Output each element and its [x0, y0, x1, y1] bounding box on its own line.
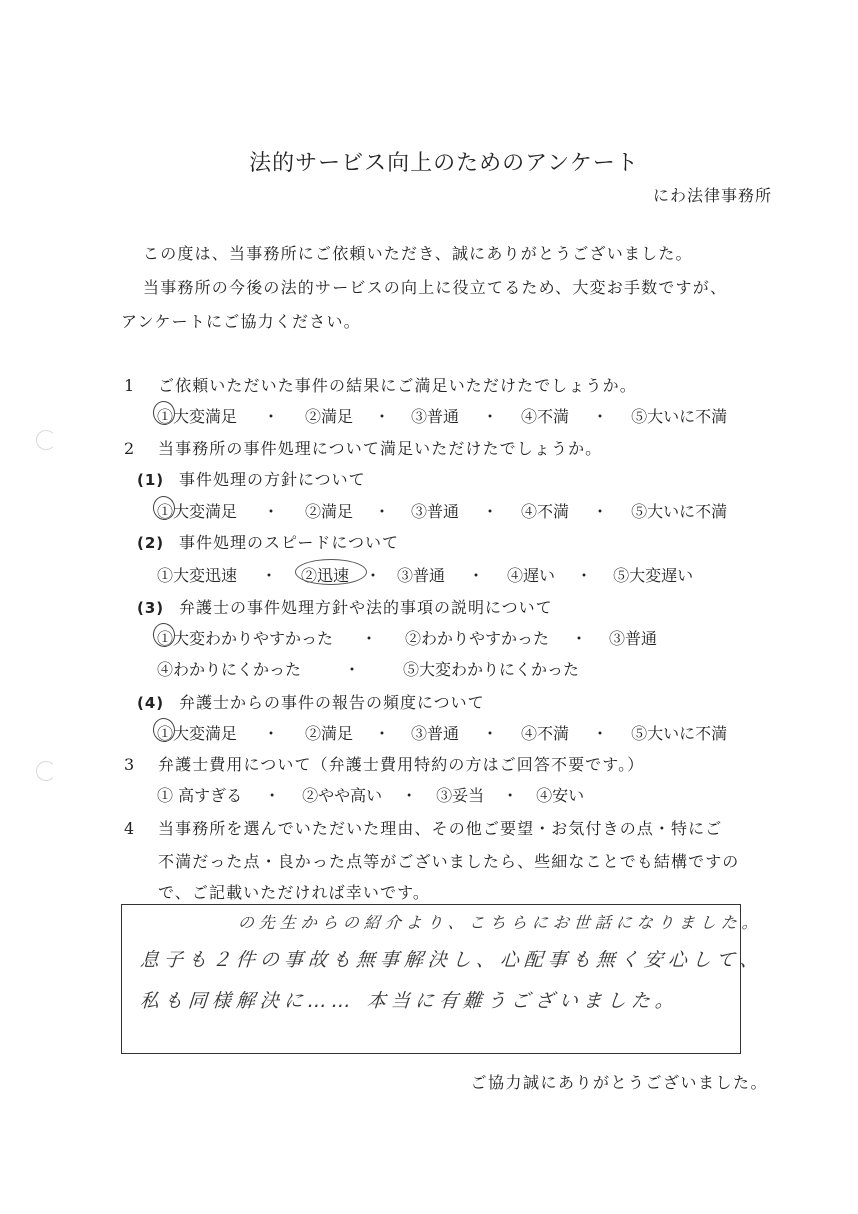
option-2[interactable]: ②わかりやすかった [405, 626, 549, 649]
comment-line-3: 私も同様解決に…… 本当に有難うございました。 [139, 986, 680, 1013]
question-text-line-1: 当事務所を選んでいただいた理由、その他ご要望・お気付きの点・特にご [158, 819, 722, 838]
separator: ・ [237, 499, 305, 522]
question-2-1-options: ①大変満足 ・ ②満足 ・ ③普通 ・ ④不満 ・ ⑤大いに不満 [157, 499, 727, 522]
option-1[interactable]: ①大変満足 [157, 721, 237, 744]
thank-you-note: ご協力誠にありがとうございました。 [470, 1070, 768, 1093]
separator: ・ [555, 563, 613, 586]
question-2-4-options: ①大変満足 ・ ②満足 ・ ③普通 ・ ④不満 ・ ⑤大いに不満 [157, 721, 727, 744]
question-text: 当事務所の事件処理について満足いただけたでしょうか。 [158, 439, 602, 458]
question-4-line-2: 不満だった点・良かった点等がございましたら、些細なことでも結構ですの [158, 849, 739, 872]
sub-text: 事件処理の方針について [179, 470, 366, 489]
option-4[interactable]: ④遅い [507, 563, 555, 586]
option-4[interactable]: ④わかりにくかった [157, 657, 301, 680]
sub-number: (4) [137, 694, 179, 712]
question-1-options: ①大変満足 ・ ②満足 ・ ③普通 ・ ④不満 ・ ⑤大いに不満 [157, 404, 727, 427]
option-2[interactable]: ②満足 [305, 721, 353, 744]
option-1[interactable]: ① 高すぎる [157, 783, 242, 806]
option-4[interactable]: ④安い [536, 783, 584, 806]
sub-number: (2) [137, 534, 179, 552]
option-5[interactable]: ⑤大いに不満 [631, 404, 727, 427]
question-number: 1 [124, 376, 158, 395]
option-5[interactable]: ⑤大変わかりにくかった [403, 657, 579, 680]
question-1: 1ご依頼いただいた事件の結果にご満足いただけたでしょうか。 [124, 373, 637, 396]
option-5[interactable]: ⑤大いに不満 [631, 499, 727, 522]
option-3[interactable]: ③普通 [411, 721, 459, 744]
comment-line-1: の先生からの紹介より、こちらにお世話になりました。 [237, 910, 764, 933]
separator: ・ [237, 404, 305, 427]
separator: ・ [569, 721, 631, 744]
sub-text: 弁護士の事件処理方針や法的事項の説明について [179, 598, 553, 617]
option-4[interactable]: ④不満 [521, 404, 569, 427]
separator: ・ [353, 721, 411, 744]
separator: ・ [569, 404, 631, 427]
comment-line-2: 息子も２件の事故も無事解決し、心配事も無く安心して、 [139, 945, 765, 972]
option-3[interactable]: ③普通 [609, 626, 657, 649]
page-title: 法的サービス向上のためのアンケート [0, 146, 858, 177]
option-1[interactable]: ①大変満足 [157, 404, 237, 427]
separator: ・ [569, 499, 631, 522]
question-3: 3弁護士費用について（弁護士費用特約の方はご回答不要です。） [124, 752, 644, 775]
question-3-options: ① 高すぎる ・ ②やや高い ・ ③妥当 ・ ④安い [157, 783, 584, 806]
question-2-4: (4)弁護士からの事件の報告の頻度について [137, 690, 485, 713]
separator: ・ [484, 783, 536, 806]
question-number: 2 [124, 439, 158, 458]
option-1[interactable]: ①大変わかりやすかった [157, 626, 333, 649]
separator: ・ [459, 721, 521, 744]
separator: ・ [242, 783, 302, 806]
option-3[interactable]: ③普通 [411, 499, 459, 522]
separator: ・ [459, 404, 521, 427]
sub-number: (1) [137, 471, 179, 489]
sub-number: (3) [137, 599, 179, 617]
question-text: 弁護士費用について（弁護士費用特約の方はご回答不要です。） [158, 755, 644, 774]
intro-line-1: この度は、当事務所にご依頼いただき、誠にありがとうございました。 [143, 241, 693, 264]
option-3[interactable]: ③普通 [411, 404, 459, 427]
question-2-3: (3)弁護士の事件処理方針や法的事項の説明について [137, 595, 553, 618]
separator: ・ [301, 657, 403, 680]
option-3[interactable]: ③妥当 [436, 783, 484, 806]
option-1[interactable]: ①大変満足 [157, 499, 237, 522]
option-1[interactable]: ①大変迅速 [157, 563, 237, 586]
separator: ・ [459, 499, 521, 522]
option-5[interactable]: ⑤大変遅い [613, 563, 693, 586]
option-2[interactable]: ②満足 [305, 404, 353, 427]
question-4: 4当事務所を選んでいただいた理由、その他ご要望・お気付きの点・特にご [124, 816, 722, 839]
option-3[interactable]: ③普通 [397, 563, 445, 586]
separator: ・ [353, 404, 411, 427]
punch-hole-bottom [36, 761, 56, 781]
question-2-2-options: ①大変迅速 ・ ②迅速 ・ ③普通 ・ ④遅い ・ ⑤大変遅い [157, 563, 693, 586]
separator: ・ [353, 499, 411, 522]
option-4[interactable]: ④不満 [521, 721, 569, 744]
intro-line-2: 当事務所の今後の法的サービスの向上に役立てるため、大変お手数ですが、 [143, 275, 727, 298]
option-2[interactable]: ②満足 [305, 499, 353, 522]
sub-text: 弁護士からの事件の報告の頻度について [179, 693, 485, 712]
question-2-3-options-row-2: ④わかりにくかった ・ ⑤大変わかりにくかった [157, 657, 579, 680]
separator: ・ [382, 783, 436, 806]
question-2-3-options-row-1: ①大変わかりやすかった ・ ②わかりやすかった ・ ③普通 [157, 626, 657, 649]
question-number: 4 [124, 819, 158, 838]
question-number: 3 [124, 755, 158, 774]
question-2-1: (1)事件処理の方針について [137, 467, 366, 490]
punch-hole-top [36, 430, 56, 450]
question-4-line-3: で、ご記載いただければ幸いです。 [158, 880, 430, 903]
organization-name: にわ法律事務所 [653, 183, 772, 206]
question-text: ご依頼いただいた事件の結果にご満足いただけたでしょうか。 [158, 376, 637, 395]
separator: ・ [445, 563, 507, 586]
sub-text: 事件処理のスピードについて [179, 533, 399, 552]
selected-oval-mark [295, 559, 367, 585]
question-2: 2当事務所の事件処理について満足いただけたでしょうか。 [124, 436, 602, 459]
option-2[interactable]: ②迅速 [301, 563, 349, 586]
separator: ・ [333, 626, 405, 649]
option-4[interactable]: ④不満 [521, 499, 569, 522]
separator: ・ [549, 626, 609, 649]
intro-line-3: アンケートにご協力ください。 [121, 309, 361, 332]
option-2[interactable]: ②やや高い [302, 783, 382, 806]
separator: ・ [237, 563, 301, 586]
option-5[interactable]: ⑤大いに不満 [631, 721, 727, 744]
separator: ・ [237, 721, 305, 744]
question-2-2: (2)事件処理のスピードについて [137, 530, 399, 553]
